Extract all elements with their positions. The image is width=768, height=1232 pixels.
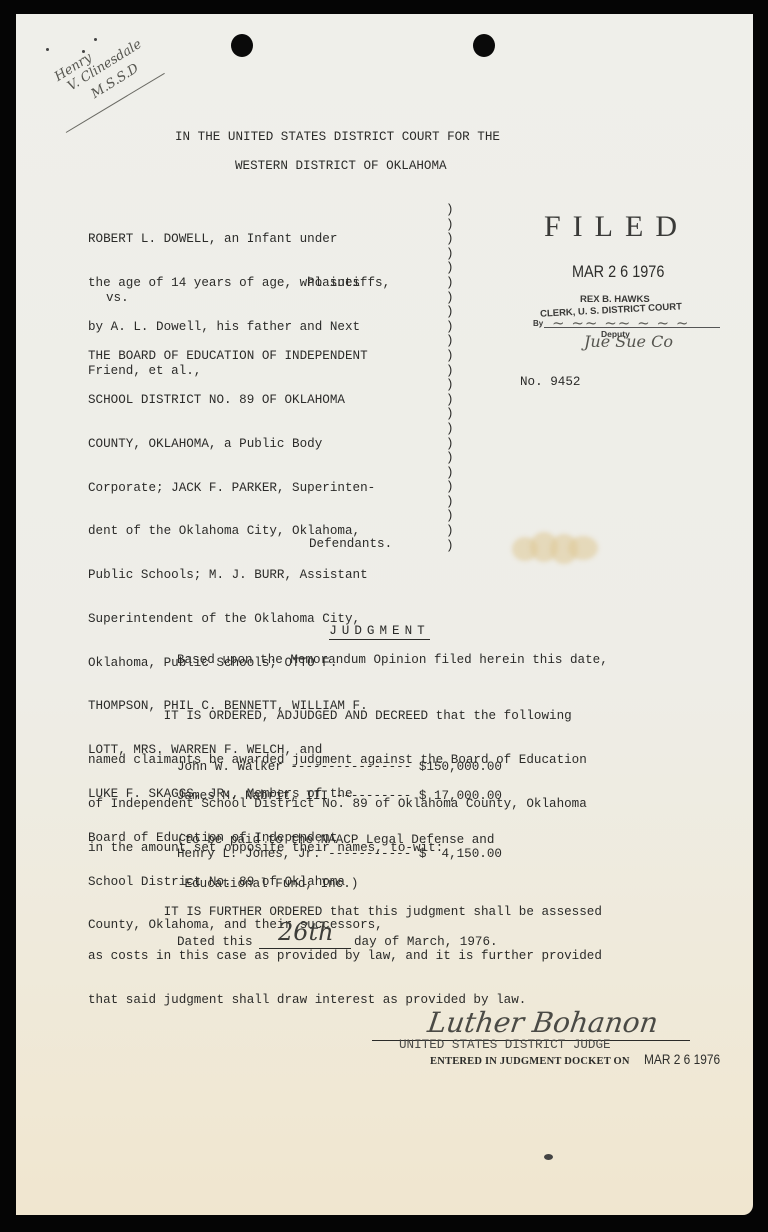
dated-day-handwritten: 26th [278,918,334,946]
caption-paren: ) [446,539,456,554]
filed-stamp-date: MAR 2 6 1976 [572,262,664,282]
caption-paren: ) [446,320,456,335]
deputy-signature-flourish: Jue Sue Co [584,332,673,351]
speck [94,38,97,41]
caption-paren: ) [446,407,456,422]
judgment-para1: Based upon the Memorandum Opinion filed … [177,653,608,668]
punch-hole-left [231,34,253,57]
dated-prefix: Dated this [177,935,253,950]
plaintiffs-label: Plaintiffs, [307,276,390,291]
caption-line: Public Schools; M. J. BURR, Assistant [88,568,383,583]
caption-paren: ) [446,422,456,437]
caption-paren: ) [446,247,456,262]
case-number: No. 9452 [520,375,580,390]
caption-line: Corporate; JACK F. PARKER, Superinten- [88,481,383,496]
caption-paren: ) [446,291,456,306]
caption-line: COUNTY, OKLAHOMA, a Public Body [88,437,383,452]
caption-line: THE BOARD OF EDUCATION OF INDEPENDENT [88,349,383,364]
caption-paren: ) [446,305,456,320]
caption-paren: ) [446,218,456,233]
caption-paren: ) [446,334,456,349]
versus-label: vs. [106,291,129,306]
caption-paren: ) [446,276,456,291]
caption-paren: ) [446,393,456,408]
speck [544,1154,553,1160]
docket-date: MAR 2 6 1976 [644,1051,720,1067]
caption-paren-column: )))))))))))))))))))))))) [446,203,456,553]
margin-note: Henry V. Clinesdale M.S.S.D [52,24,155,113]
award-walker: John W. Walker ---------------- $150,000… [177,760,502,775]
caption-paren: ) [446,349,456,364]
caption-line: ROBERT L. DOWELL, an Infant under [88,232,360,247]
caption-paren: ) [446,451,456,466]
caption-paren: ) [446,203,456,218]
caption-paren: ) [446,261,456,276]
award-note-line: (to be paid to the NAACP Legal Defense a… [177,833,494,848]
stain [568,536,598,560]
filed-stamp-title: FILED [544,210,689,244]
court-header-line1: IN THE UNITED STATES DISTRICT COURT FOR … [175,130,500,145]
document-page: Henry V. Clinesdale M.S.S.D IN THE UNITE… [16,14,753,1215]
judgment-title-wrap: JUDGMENT [299,609,430,653]
punch-hole-right [473,34,495,57]
caption-paren: ) [446,509,456,524]
dated-day-blank [259,948,351,949]
caption-paren: ) [446,378,456,393]
judge-signature: Luther Bohanon [426,1006,660,1039]
defendants-label: Defendants. [309,537,392,552]
caption-paren: ) [446,524,456,539]
award-nabrit: James M. Nabrit, III ---------- $ 17,000… [177,789,502,804]
para-line: IT IS FURTHER ORDERED that this judgment… [88,905,602,920]
judgment-title: JUDGMENT [329,624,429,640]
para-line: IT IS ORDERED, ADJUDGED AND DECREED that… [88,709,587,724]
caption-line: SCHOOL DISTRICT NO. 89 OF OKLAHOMA [88,393,383,408]
caption-paren: ) [446,495,456,510]
caption-paren: ) [446,466,456,481]
judge-title: UNITED STATES DISTRICT JUDGE [399,1038,611,1053]
court-header-line2: WESTERN DISTRICT OF OKLAHOMA [235,159,447,174]
speck [46,48,49,51]
caption-paren: ) [446,232,456,247]
caption-paren: ) [446,364,456,379]
para-line: as costs in this case as provided by law… [88,949,602,964]
award-jones: Henry L. Jones, Jr. ----------- $ 4,150.… [177,847,502,862]
filed-stamp-by: By [533,319,543,328]
caption-paren: ) [446,437,456,452]
caption-paren: ) [446,480,456,495]
dated-suffix: day of March, 1976. [354,935,498,950]
docket-label: ENTERED IN JUDGMENT DOCKET ON [430,1055,630,1070]
